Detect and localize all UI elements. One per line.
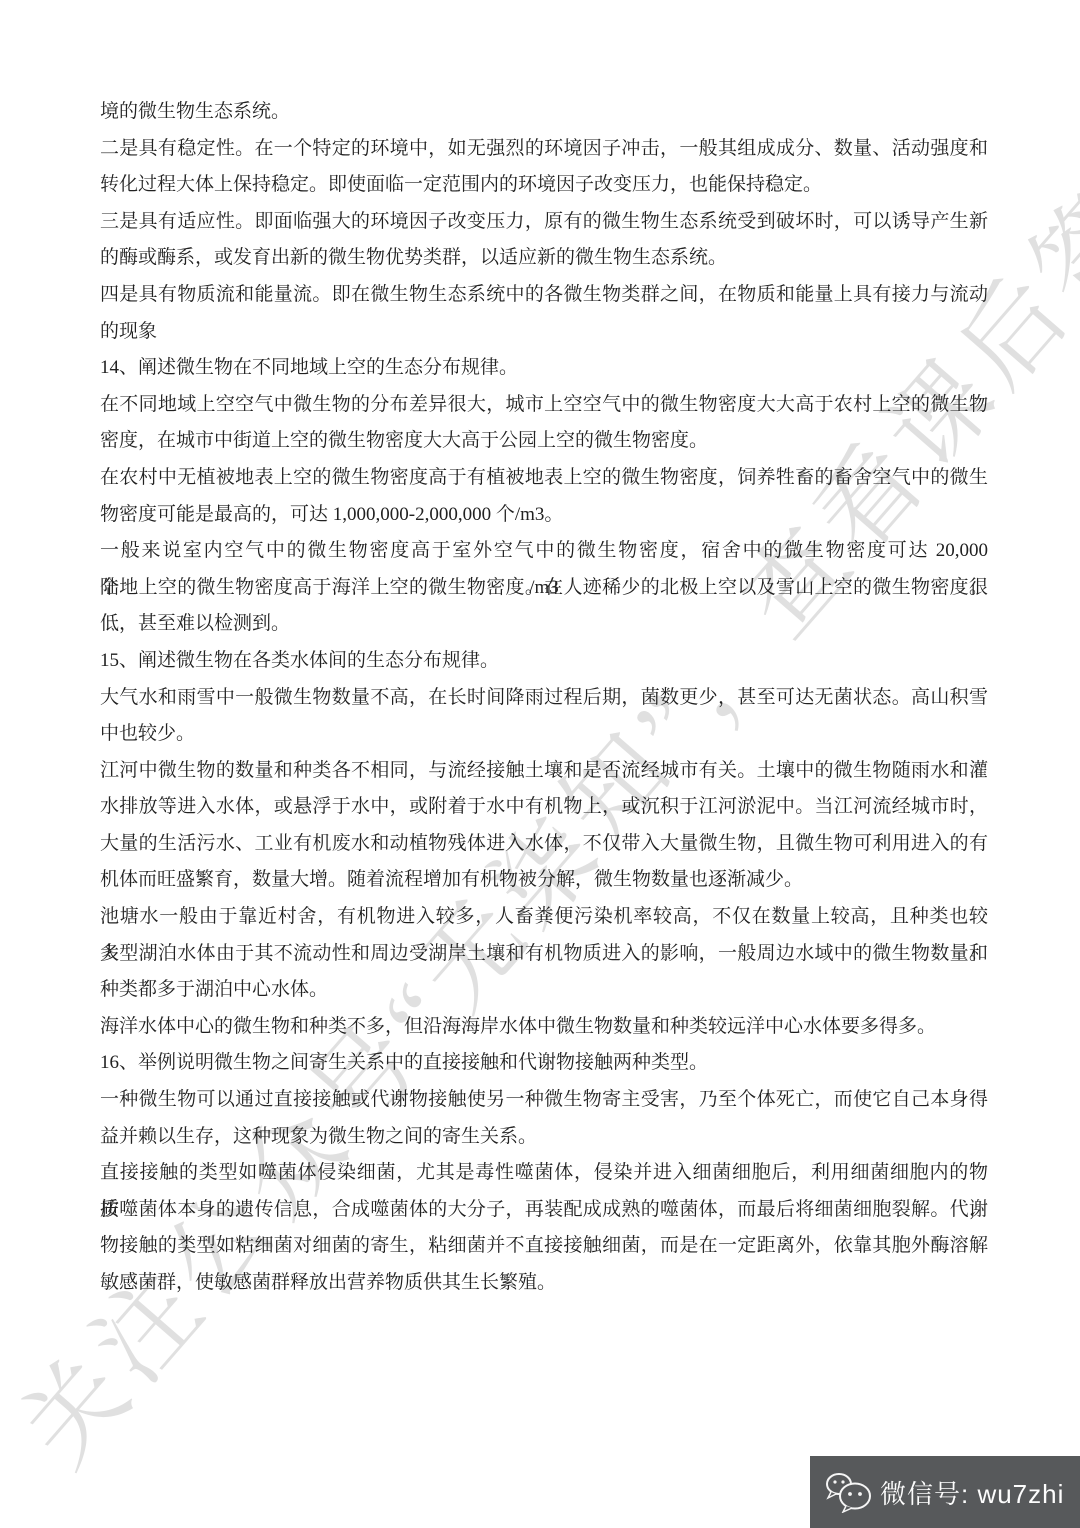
text-line: 四是具有物质流和能量流。即在微生物生态系统中的各微生物类群之间，在物质和能量上具… bbox=[100, 277, 988, 314]
wechat-id-label: 微信号: wu7zhi bbox=[880, 1474, 1064, 1511]
text-line: 15、阐述微生物在各类水体间的生态分布规律。 bbox=[100, 643, 988, 680]
text-line: 中也较少。 bbox=[100, 716, 988, 753]
text-line: 益并赖以生存，这种现象为微生物之间的寄生关系。 bbox=[100, 1119, 988, 1156]
text-line: 在农村中无植被地表上空的微生物密度高于有植被地表上空的微生物密度，饲养牲畜的畜舍… bbox=[100, 460, 988, 497]
text-line: 按噬菌体本身的遗传信息，合成噬菌体的大分子，再装配成成熟的噬菌体，而最后将细菌细… bbox=[100, 1192, 988, 1229]
text-line: 大量的生活污水、工业有机废水和动植物残体进入水体，不仅带入大量微生物，且微生物可… bbox=[100, 826, 988, 863]
text-line: 14、阐述微生物在不同地域上空的生态分布规律。 bbox=[100, 350, 988, 387]
text-line: 大型湖泊水体由于其不流动性和周边受湖岸土壤和有机物质进入的影响，一般周边水域中的… bbox=[100, 936, 988, 973]
wechat-id-badge: 微信号: wu7zhi bbox=[810, 1456, 1080, 1528]
text-line: 三是具有适应性。即面临强大的环境因子改变压力，原有的微生物生态系统受到破坏时，可… bbox=[100, 204, 988, 241]
text-line: 一般来说室内空气中的微生物密度高于室外空气中的微生物密度，宿舍中的微生物密度可达… bbox=[100, 533, 988, 570]
text-line: 低，甚至难以检测到。 bbox=[100, 606, 988, 643]
text-line: 敏感菌群，使敏感菌群释放出营养物质供其生长繁殖。 bbox=[100, 1265, 988, 1302]
text-line: 池塘水一般由于靠近村舍，有机物进入较多，人畜粪便污染机率较高，不仅在数量上较高，… bbox=[100, 899, 988, 936]
text-line: 大气水和雨雪中一般微生物数量不高，在长时间降雨过程后期，菌数更少，甚至可达无菌状… bbox=[100, 680, 988, 717]
text-line: 转化过程大体上保持稳定。即使面临一定范围内的环境因子改变压力，也能保持稳定。 bbox=[100, 167, 988, 204]
text-line: 境的微生物生态系统。 bbox=[100, 94, 988, 131]
text-line: 一种微生物可以通过直接接触或代谢物接触使另一种微生物寄主受害，乃至个体死亡，而使… bbox=[100, 1082, 988, 1119]
text-line: 在不同地域上空空气中微生物的分布差异很大，城市上空空气中的微生物密度大大高于农村… bbox=[100, 387, 988, 424]
text-line: 二是具有稳定性。在一个特定的环境中，如无强烈的环境因子冲击，一般其组成成分、数量… bbox=[100, 131, 988, 168]
text-line: 直接接触的类型如噬菌体侵染细菌，尤其是毒性噬菌体，侵染并进入细菌细胞后，利用细菌… bbox=[100, 1155, 988, 1192]
text-line: 种类都多于湖泊中心水体。 bbox=[100, 972, 988, 1009]
text-line: 海洋水体中心的微生物和种类不多，但沿海海岸水体中微生物数量和种类较远洋中心水体要… bbox=[100, 1009, 988, 1046]
text-line: 的现象 bbox=[100, 314, 988, 351]
text-line: 机体而旺盛繁育，数量大增。随着流程增加有机物被分解，微生物数量也逐渐减少。 bbox=[100, 862, 988, 899]
text-line: 陆地上空的微生物密度高于海洋上空的微生物密度。在人迹稀少的北极上空以及雪山上空的… bbox=[100, 570, 988, 607]
document-page: { "page": { "background": "#ffffff", "te… bbox=[0, 0, 1080, 1528]
wechat-icon bbox=[824, 1471, 874, 1513]
text-line: 江河中微生物的数量和种类各不相同，与流经接触土壤和是否流经城市有关。土壤中的微生… bbox=[100, 753, 988, 790]
document-text: 境的微生物生态系统。二是具有稳定性。在一个特定的环境中，如无强烈的环境因子冲击，… bbox=[100, 94, 988, 1302]
text-line: 物密度可能是最高的，可达 1,000,000-2,000,000 个/m3。 bbox=[100, 497, 988, 534]
text-line: 物接触的类型如粘细菌对细菌的寄生，粘细菌并不直接接触细菌，而是在一定距离外，依靠… bbox=[100, 1228, 988, 1265]
text-line: 水排放等进入水体，或悬浮于水中，或附着于水中有机物上，或沉积于江河淤泥中。当江河… bbox=[100, 789, 988, 826]
text-line: 的酶或酶系，或发育出新的微生物优势类群，以适应新的微生物生态系统。 bbox=[100, 240, 988, 277]
text-line: 16、举例说明微生物之间寄生关系中的直接接触和代谢物接触两种类型。 bbox=[100, 1045, 988, 1082]
text-line: 密度，在城市中街道上空的微生物密度大大高于公园上空的微生物密度。 bbox=[100, 423, 988, 460]
